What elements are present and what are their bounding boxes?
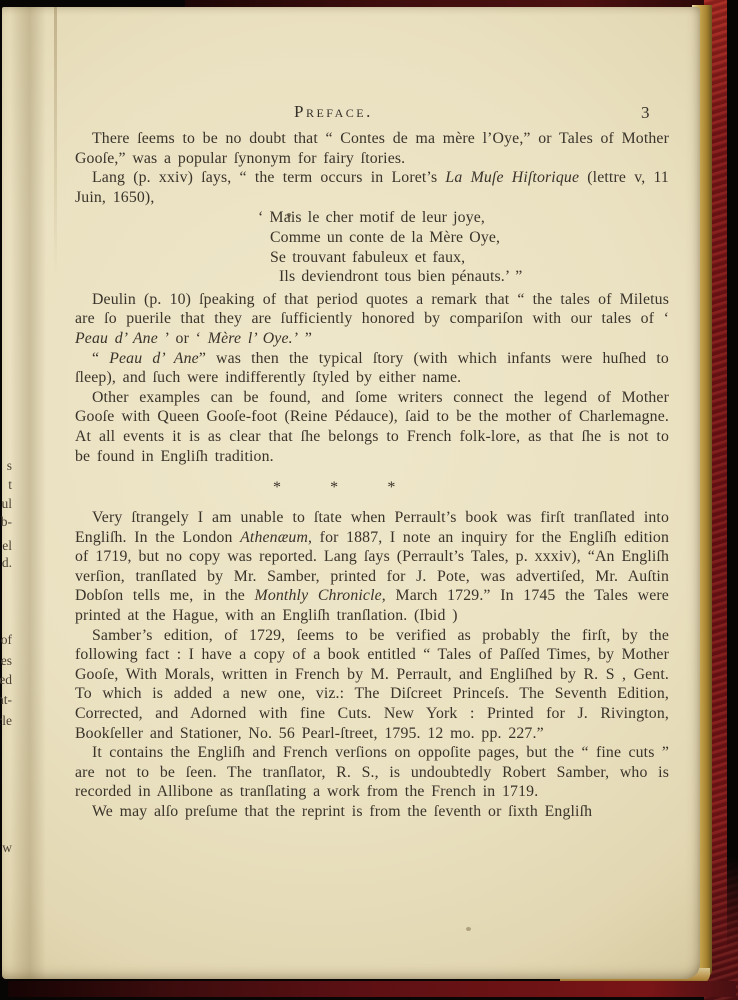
paragraph: There ſeems to be no doubt that “ Contes…: [75, 129, 669, 168]
asterisk: *: [273, 478, 281, 497]
paragraph: Lang (p. xxiv) ſays, “ the term occurs i…: [75, 168, 669, 207]
book-cover-top-edge: [185, 0, 715, 7]
gutter-shadow: [10, 7, 46, 979]
italic-phrase: Peau d’ Ane: [75, 330, 158, 347]
facing-page-text-fragment: nt-: [0, 692, 12, 707]
page-speck: [466, 927, 471, 931]
asterisk: *: [330, 478, 338, 497]
text-run: Lang (p. xxiv) ſays, “ the term occurs i…: [92, 169, 445, 186]
text-run: It contains the Engliſh and French verſi…: [75, 744, 669, 800]
facing-page-fragments: stulb-eld.ofesednt-rlew: [0, 0, 14, 1000]
book-page: Preface. 3 There ſeems to be no doubt th…: [2, 7, 700, 979]
verse-line: Comme un conte de la Mère Oye,: [270, 228, 669, 248]
facing-page-text-fragment: d.: [2, 555, 12, 570]
page-fold-line: [54, 7, 57, 277]
verse-line: ‘ Mais le cher motif de leur joye,: [258, 208, 669, 228]
facing-page-text-fragment: rle: [0, 713, 12, 728]
book-cover-bottom-edge: [8, 981, 736, 997]
page-number: 3: [641, 103, 650, 123]
book-scan: Preface. 3 There ſeems to be no doubt th…: [0, 0, 738, 1000]
text-run: ’ or ‘: [158, 330, 208, 347]
paragraph: Deulin (p. 10) ſpeaking of that period q…: [75, 290, 669, 349]
italic-phrase: Mère l’ Oye.’: [208, 330, 298, 347]
paragraph: We may alſo preſume that the reprint is …: [75, 802, 669, 822]
text-run: Other examples can be found, and ſome wr…: [75, 389, 669, 465]
text-run: ”: [298, 330, 312, 347]
facing-page-text-fragment: ul: [1, 496, 12, 511]
paragraph: “ Peau d’ Ane” was then the typical ſtor…: [75, 349, 669, 388]
italic-phrase: Monthly Chronicle: [255, 587, 382, 604]
asterisk-divider: ***: [273, 478, 669, 497]
asterisk: *: [387, 478, 395, 497]
page-body: There ſeems to be no doubt that “ Contes…: [75, 129, 669, 822]
text-run: There ſeems to be no doubt that “ Contes…: [75, 130, 669, 167]
facing-page-text-fragment: ed: [0, 672, 12, 687]
facing-page-text-fragment: es: [1, 653, 12, 668]
verse-line: Ils deviendront tous bien pénauts.’ ”: [279, 267, 669, 287]
paragraph: Samber’s edition, of 1729, ſeems to be v…: [75, 626, 669, 744]
verse-quote: ‘ Mais le cher motif de leur joye,Comme …: [258, 208, 669, 286]
text-run: “: [92, 350, 109, 367]
text-run: Samber’s edition, of 1729, ſeems to be v…: [75, 627, 669, 742]
paragraph: Very ſtrangely I am unable to ſtate when…: [75, 508, 669, 626]
italic-phrase: La Muſe Hiſtorique: [445, 169, 579, 186]
paragraph: It contains the Engliſh and French verſi…: [75, 743, 669, 802]
facing-page-text-fragment: t: [8, 477, 12, 492]
facing-page-text-fragment: s: [7, 458, 12, 473]
text-run: We may alſo preſume that the reprint is …: [92, 803, 592, 820]
paragraph: Other examples can be found, and ſome wr…: [75, 388, 669, 466]
facing-page-text-fragment: el: [2, 538, 12, 553]
backdrop-right: [727, 0, 738, 952]
facing-page-text-fragment: of: [1, 632, 12, 647]
facing-page-text-fragment: b-: [1, 514, 12, 529]
italic-phrase: Peau d’ Ane: [109, 350, 199, 367]
text-run: Deulin (p. 10) ſpeaking of that period q…: [75, 291, 669, 328]
running-head: Preface.: [294, 102, 373, 122]
verse-line: Se trouvant fabuleux et faux,: [270, 248, 669, 268]
facing-page-text-fragment: w: [2, 840, 12, 855]
italic-phrase: Athenæum: [240, 529, 308, 546]
